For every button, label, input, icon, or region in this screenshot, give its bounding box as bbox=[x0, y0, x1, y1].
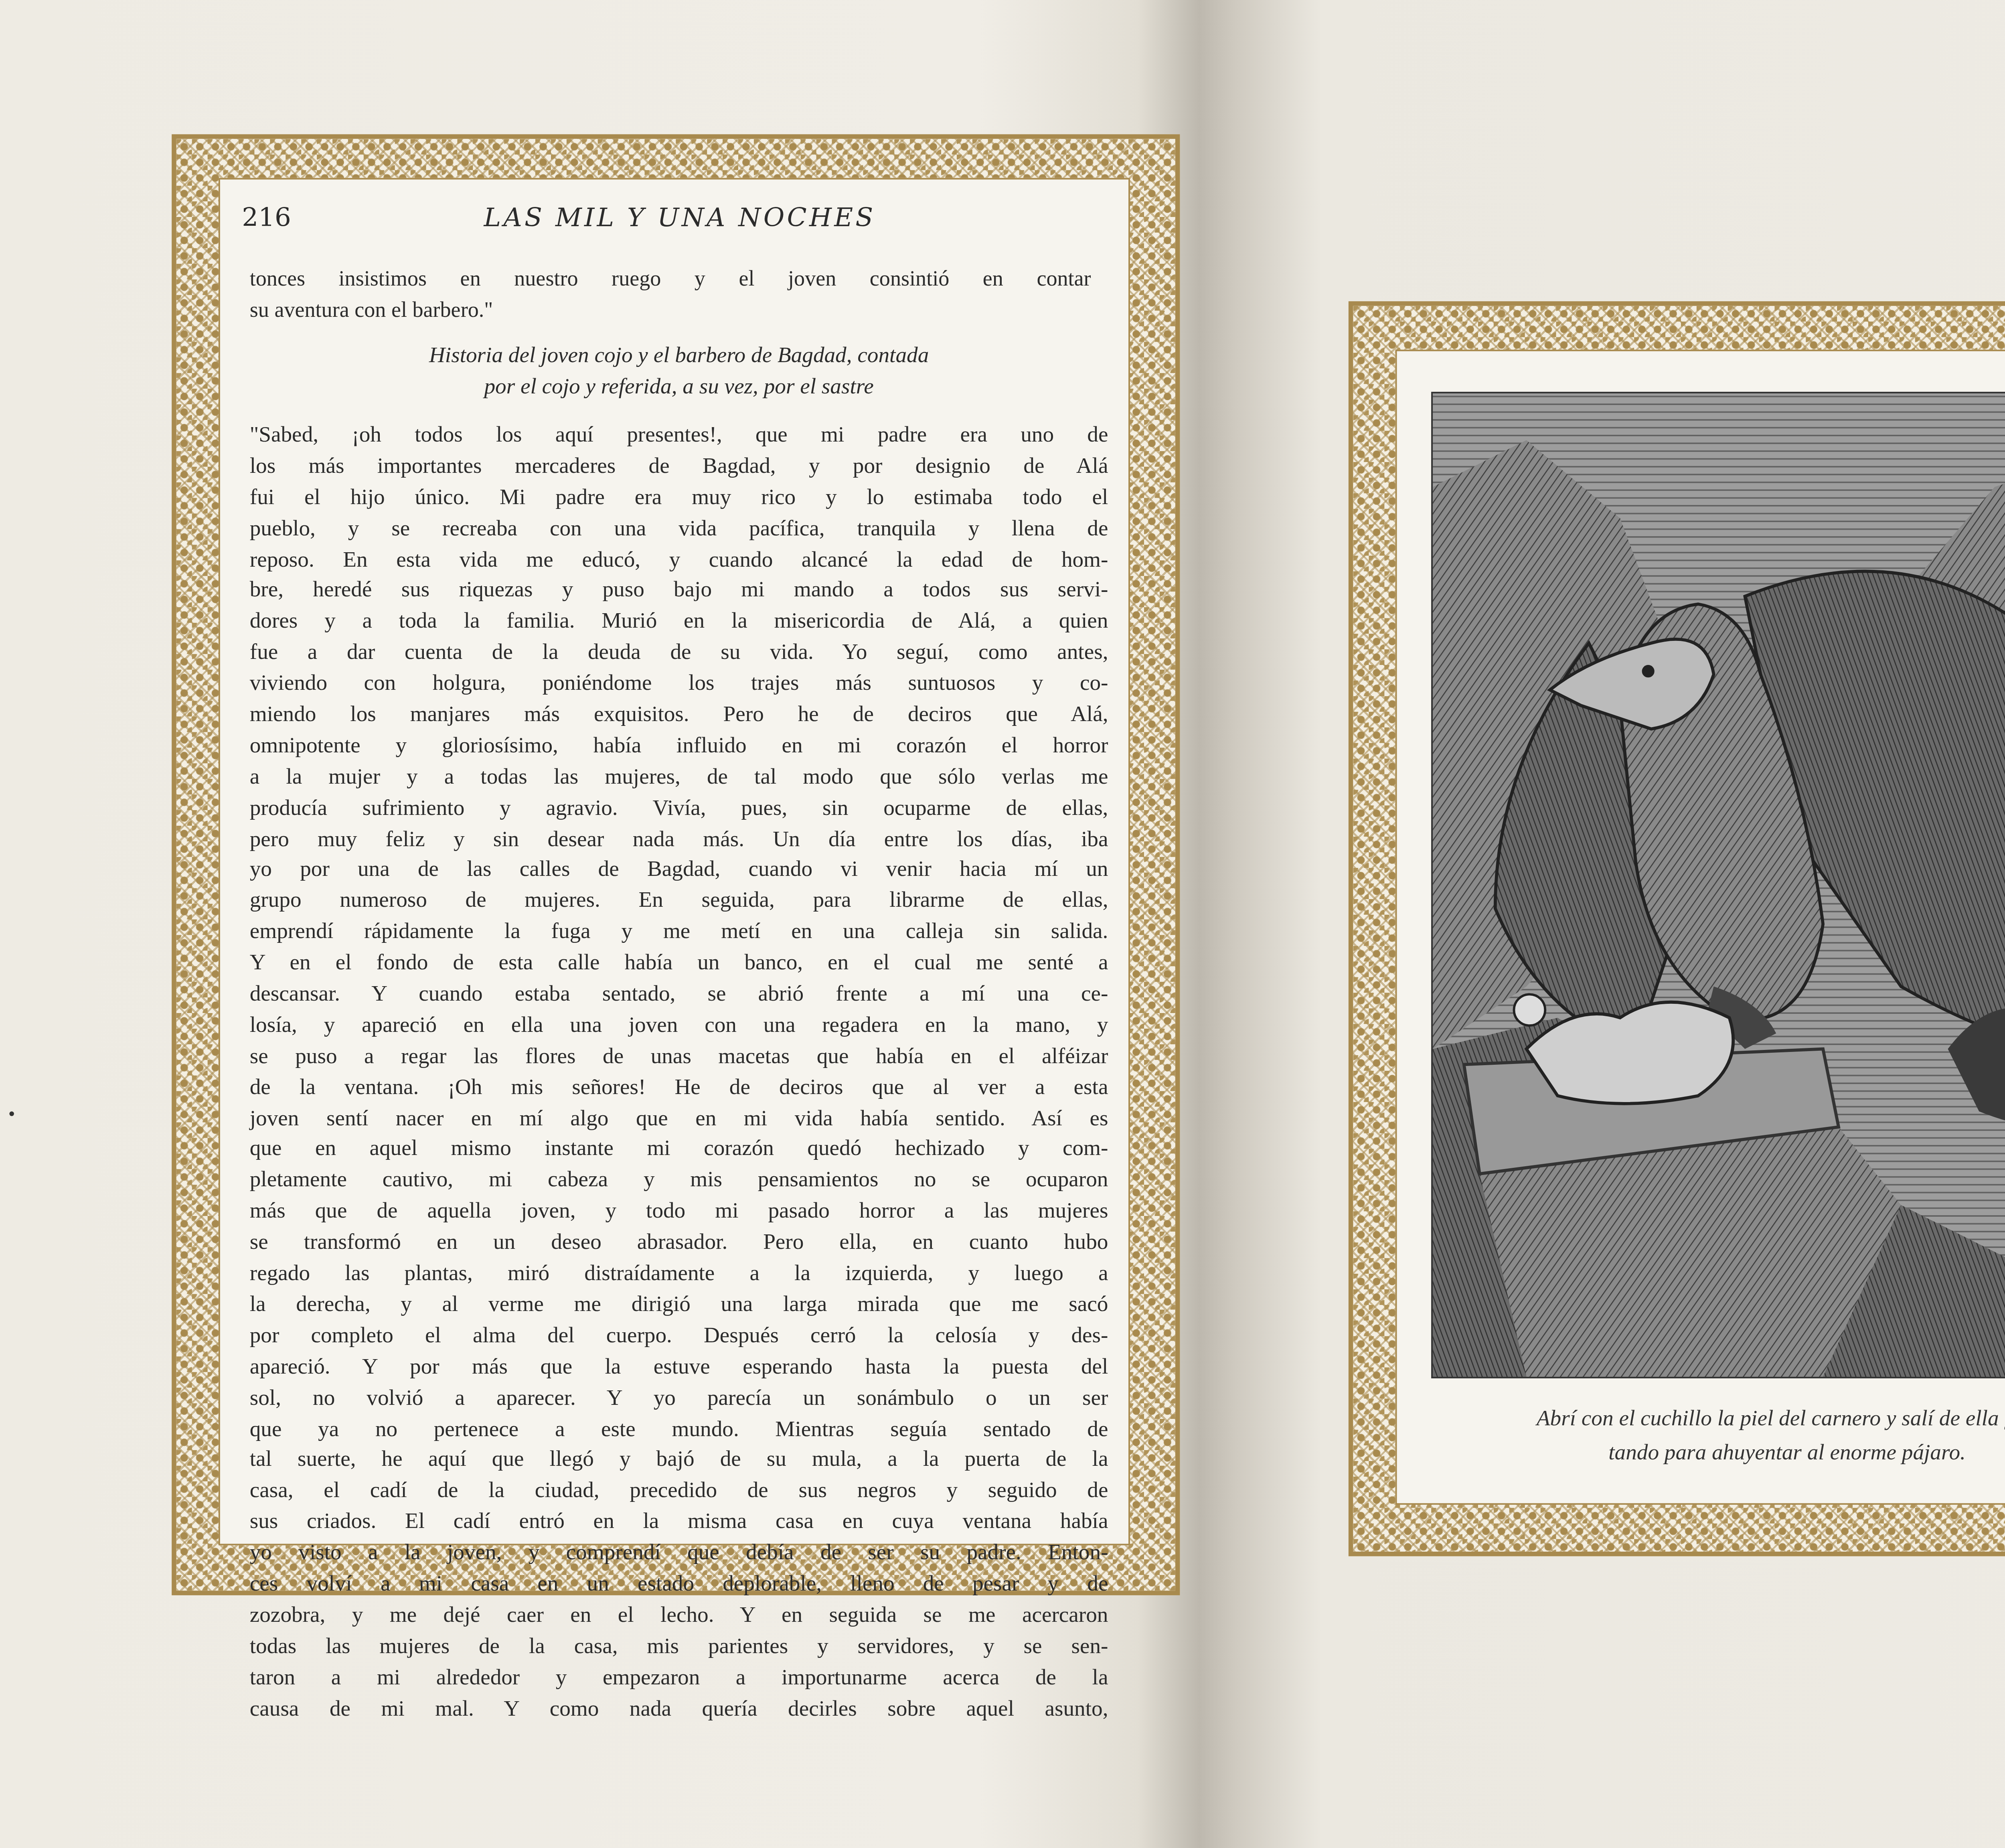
text-line: por completo el alma del cuerpo. Después… bbox=[250, 1322, 1108, 1353]
section-title: Historia del joven cojo y el barbero de … bbox=[250, 342, 1108, 403]
story-paragraph: "Sabed, ¡oh todos los aquí presentes!, q… bbox=[250, 421, 1108, 1726]
caption-line: tando para ahuyentar al enorme pájaro. bbox=[1433, 1436, 2005, 1471]
illustration-caption: Abrí con el cuchillo la piel del carnero… bbox=[1433, 1402, 2005, 1470]
text-line: Y en el fondo de esta calle había un ban… bbox=[250, 949, 1108, 980]
text-line: casa, el cadí de la ciudad, precedido de… bbox=[250, 1477, 1108, 1508]
text-line: zozobra, y me dejé caer en el lecho. Y e… bbox=[250, 1601, 1108, 1632]
text-line: que en aquel mismo instante mi corazón q… bbox=[250, 1136, 1108, 1167]
running-title: LAS MIL Y UNA NOCHES bbox=[484, 203, 876, 233]
text-line: taron a mi alrededor y empezaron a impor… bbox=[250, 1664, 1108, 1694]
text-line: viviendo con holgura, poniéndome los tra… bbox=[250, 670, 1108, 701]
text-line: yo visto a la joven, y comprendí que deb… bbox=[250, 1539, 1108, 1570]
text-line: apareció. Y por más que la estuve espera… bbox=[250, 1353, 1108, 1384]
caption-line: Abrí con el cuchillo la piel del carnero… bbox=[1433, 1402, 2005, 1436]
text-line: regado las plantas, miró distraídamente … bbox=[250, 1260, 1108, 1291]
text-line: los más importantes mercaderes de Bagdad… bbox=[250, 452, 1108, 483]
text-line: grupo numeroso de mujeres. En seguida, p… bbox=[250, 887, 1108, 918]
text-line: que ya no pertenece a este mundo. Mientr… bbox=[250, 1415, 1108, 1446]
page-number: 216 bbox=[242, 203, 291, 233]
text-line: losía, y apareció en ella una joven con … bbox=[250, 1011, 1108, 1042]
text-line: omnipotente y gloriosísimo, había influi… bbox=[250, 732, 1108, 763]
text-line: su aventura con el barbero." bbox=[250, 296, 1091, 327]
text-line: ces volví a mi casa en un estado deplora… bbox=[250, 1570, 1108, 1601]
text-line: fui el hijo único. Mi padre era muy rico… bbox=[250, 484, 1108, 515]
text-line: pero muy feliz y sin desear nada más. Un… bbox=[250, 825, 1108, 856]
open-book-spread: 216 LAS MIL Y UNA NOCHES tonces insistim… bbox=[0, 0, 2005, 1848]
text-line: a la mujer y a todas las mujeres, de tal… bbox=[250, 763, 1108, 794]
text-line: causa de mi mal. Y como nada quería deci… bbox=[250, 1694, 1108, 1725]
text-line: fue a dar cuenta de la deuda de su vida.… bbox=[250, 639, 1108, 670]
intro-paragraph: tonces insistimos en nuestro ruego y el … bbox=[250, 265, 1091, 327]
text-line: más que de aquella joven, y todo mi pasa… bbox=[250, 1198, 1108, 1228]
text-line: sol, no volvió a aparecer. Y yo parecía … bbox=[250, 1384, 1108, 1415]
text-line: bre, heredé sus riquezas y puso bajo mi … bbox=[250, 577, 1108, 608]
text-line: todas las mujeres de la casa, mis parien… bbox=[250, 1632, 1108, 1663]
text-line: se transformó en un deseo abrasador. Per… bbox=[250, 1229, 1108, 1260]
text-line: dores y a toda la familia. Murió en la m… bbox=[250, 608, 1108, 638]
eagle-engraving-illustration bbox=[1431, 392, 2005, 1378]
text-line: pletamente cautivo, mi cabeza y mis pens… bbox=[250, 1167, 1108, 1198]
text-line: emprendí rápidamente la fuga y me metí e… bbox=[250, 918, 1108, 949]
page-header: 216 LAS MIL Y UNA NOCHES bbox=[242, 203, 1116, 240]
section-title-line: Historia del joven cojo y el barbero de … bbox=[250, 342, 1108, 372]
section-title-line: por el cojo y referida, a su vez, por el… bbox=[250, 372, 1108, 403]
text-line: se puso a regar las flores de unas macet… bbox=[250, 1042, 1108, 1073]
text-line: tal suerte, he aquí que llegó y bajó de … bbox=[250, 1446, 1108, 1477]
text-line: sus criados. El cadí entró en la misma c… bbox=[250, 1508, 1108, 1539]
text-line: la derecha, y al verme me dirigió una la… bbox=[250, 1291, 1108, 1322]
text-line: tonces insistimos en nuestro ruego y el … bbox=[250, 265, 1091, 296]
text-line: "Sabed, ¡oh todos los aquí presentes!, q… bbox=[250, 421, 1108, 452]
text-line: miendo los manjares más exquisitos. Pero… bbox=[250, 701, 1108, 732]
text-line: reposo. En esta vida me educó, y cuando … bbox=[250, 546, 1108, 577]
text-line: de la ventana. ¡Oh mis señores! He de de… bbox=[250, 1074, 1108, 1104]
page-speck bbox=[9, 1111, 14, 1116]
engraving-art bbox=[1433, 393, 2005, 1377]
text-line: joven sentí nacer en mí algo que en mi v… bbox=[250, 1104, 1108, 1135]
text-line: producía sufrimiento y agravio. Vivía, p… bbox=[250, 794, 1108, 825]
text-line: yo por una de las calles de Bagdad, cuan… bbox=[250, 856, 1108, 887]
text-line: descansar. Y cuando estaba sentado, se a… bbox=[250, 980, 1108, 1011]
text-line: pueblo, y se recreaba con una vida pacíf… bbox=[250, 515, 1108, 545]
